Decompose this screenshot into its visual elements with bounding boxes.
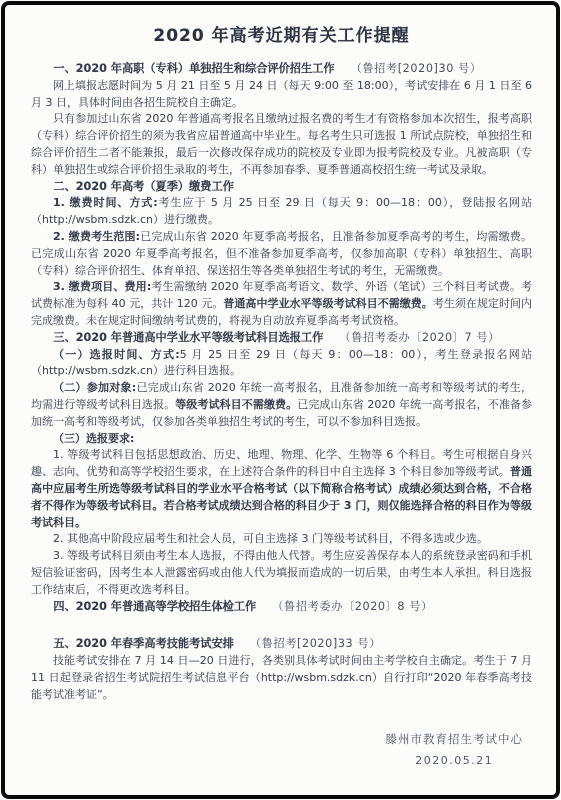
issue-date: 2020.05.21 (386, 754, 524, 767)
text-run: 网上填报志愿时间为 5 月 21 日至 5 月 24 日（每天 9:00 至 1… (31, 79, 532, 109)
scanned-notice-page: 2020 年高考近期有关工作提醒 一、2020 年高职（专科）单独招生和综合评价… (0, 0, 561, 800)
section-4-doc-ref: （鲁招考委办〔2020〕8 号） (272, 600, 433, 613)
document-title: 2020 年高考近期有关工作提醒 (31, 21, 532, 46)
section-3-heading: 三、2020 年普通高中学业水平等级考试科目选报工作（鲁招考委办〔2020〕7 … (31, 330, 532, 347)
section-5-doc-ref: （鲁招考[2020]33 号） (250, 637, 381, 650)
text-run: 1. 缴费时间、方式: (53, 196, 158, 209)
section-3-doc-ref: （鲁招考委办〔2020〕7 号） (339, 331, 500, 344)
paragraph: 只有参加过山东省 2020 年普通高考报名且缴纳过报名费的考生才有资格参加本次招… (31, 111, 532, 178)
paragraph: 技能考试安排在 7 月 14 日—20 日进行，各类别具体考试时间由主考学校自主… (31, 653, 532, 703)
text-run: 普通高中学业水平等级考试科目不需缴费。 (223, 297, 432, 310)
text-run: 3. 等级考试科目须由考生本人选报，不得由他人代替。考生应妥善保存本人的系统登录… (31, 549, 532, 596)
text-run: 技能考试安排在 7 月 14 日—20 日进行，各类别具体考试时间由主考学校自主… (31, 654, 532, 701)
text-run: （一）选报时间、方式: (53, 348, 180, 361)
issuing-organization: 滕州市教育招生考试中心 (386, 731, 524, 747)
section-1-doc-ref: （鲁招考[2020]30 号） (351, 62, 482, 75)
section-5-heading-text: 五、2020 年春季高考技能考试安排 (53, 637, 233, 650)
text-run: 2. 其他高中阶段应届考生和社会人员，可自主选择 3 门等级考试科目，不得多选或… (53, 532, 488, 545)
section-1-heading-text: 一、2020 年高职（专科）单独招生和综合评价招生工作 (53, 62, 334, 75)
text-run: （三）选报要求: (53, 432, 134, 445)
paragraph: （一）选报时间、方式:5 月 25 日至 29 日（每天 9：00—18：00）… (31, 347, 532, 381)
section-4-tijian: 四、2020 年普通高等学校招生体检工作（鲁招考委办〔2020〕8 号） (31, 599, 532, 616)
paragraph: 3. 等级考试科目须由考生本人选报，不得由他人代替。考生应妥善保存本人的系统登录… (31, 548, 532, 598)
paragraph: 网上填报志愿时间为 5 月 21 日至 5 月 24 日（每天 9:00 至 1… (31, 78, 532, 112)
text-run: 1. 等级考试科目包括思想政治、历史、地理、物理、化学、生物等 6 个科目。考生… (31, 448, 532, 478)
paragraph: （二）参加对象:已完成山东省 2020 年统一高考报名，且准备参加统一高考和等级… (31, 380, 532, 430)
paragraph: 1. 等级考试科目包括思想政治、历史、地理、物理、化学、生物等 6 个科目。考生… (31, 447, 532, 531)
section-3-heading-text: 三、2020 年普通高中学业水平等级考试科目选报工作 (53, 331, 323, 344)
section-1-danzhao: 一、2020 年高职（专科）单独招生和综合评价招生工作（鲁招考[2020]30 … (31, 61, 532, 179)
paragraph: 2. 缴费考生范围:已完成山东省 2020 年夏季高考报名，且准备参加夏季高考的… (31, 229, 532, 279)
paragraph: 3. 缴费项目、费用:考生需缴纳 2020 年夏季高考语文、数学、外语（笔试）三… (31, 279, 532, 329)
text-run: 3. 缴费项目、费用: (53, 280, 151, 293)
section-2-heading: 二、2020 年高考（夏季）缴费工作 (31, 179, 532, 196)
text-run: （二）参加对象: (53, 381, 136, 394)
section-5-jineng: 五、2020 年春季高考技能考试安排（鲁招考[2020]33 号） 技能考试安排… (31, 636, 532, 703)
text-run: 等级考试科目不需缴费。 (175, 398, 297, 411)
signature-block: 滕州市教育招生考试中心 2020.05.21 (386, 731, 524, 767)
section-5-heading: 五、2020 年春季高考技能考试安排（鲁招考[2020]33 号） (31, 636, 532, 653)
text-run: 只有参加过山东省 2020 年普通高考报名且缴纳过报名费的考生才有资格参加本次招… (31, 112, 532, 175)
document-content: 2020 年高考近期有关工作提醒 一、2020 年高职（专科）单独招生和综合评价… (31, 13, 532, 790)
section-4-heading-text: 四、2020 年普通高等学校招生体检工作 (53, 600, 256, 613)
section-2-heading-text: 二、2020 年高考（夏季）缴费工作 (53, 180, 233, 193)
text-run: 2. 缴费考生范围: (53, 230, 140, 243)
paragraph: （三）选报要求: (31, 431, 532, 448)
section-3-xuanbao: 三、2020 年普通高中学业水平等级考试科目选报工作（鲁招考委办〔2020〕7 … (31, 330, 532, 599)
section-4-heading: 四、2020 年普通高等学校招生体检工作（鲁招考委办〔2020〕8 号） (31, 599, 532, 616)
paragraph: 1. 缴费时间、方式:考生应于 5 月 25 日至 29 日（每天 9：00—1… (31, 195, 532, 229)
section-2-jiaofei: 二、2020 年高考（夏季）缴费工作 1. 缴费时间、方式:考生应于 5 月 2… (31, 179, 532, 330)
section-1-heading: 一、2020 年高职（专科）单独招生和综合评价招生工作（鲁招考[2020]30 … (31, 61, 532, 78)
paragraph: 2. 其他高中阶段应届考生和社会人员，可自主选择 3 门等级考试科目，不得多选或… (31, 531, 532, 548)
